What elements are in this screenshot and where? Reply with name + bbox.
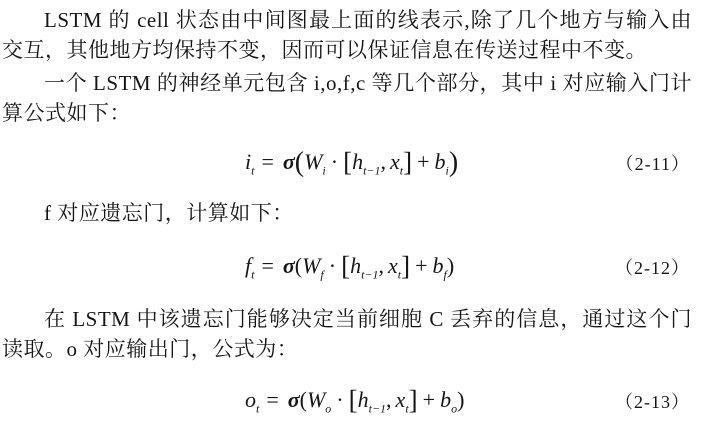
math-sigma: σ [281,253,295,278]
equation-number-2-11: （2-11） [616,150,690,176]
paragraph-lstm-cell-state: LSTM 的 cell 状态由中间图最上面的线表示,除了几个地方与输入由交互，其… [2,5,692,65]
math-var: x [388,253,398,278]
math-var: W [304,149,322,174]
equation-output-gate: ot=σ(Wo·[ht−1,xt]+bo) [245,385,464,416]
math-comma: , [379,253,389,278]
math-paren-open: ( [300,387,307,412]
math-bracket-open: [ [343,147,352,177]
math-comma: , [381,149,391,174]
document-page: LSTM 的 cell 状态由中间图最上面的线表示,除了几个地方与输入由交互，其… [0,0,704,424]
math-var: W [307,387,325,412]
equation-number-2-13: （2-13） [615,388,690,414]
math-var: b [435,149,446,174]
math-var: b [440,387,451,412]
math-var: h [358,387,369,412]
math-var: x [396,387,406,412]
paragraph-lstm-unit-parts: 一个 LSTM 的神经单元包含 i,o,f,c 等几个部分，其中 i 对应输入门… [2,68,692,128]
math-comma: , [386,387,396,412]
paragraph-forget-gate-intro: f 对应遗忘门，计算如下： [2,198,692,228]
math-paren-close: ) [447,253,454,278]
math-sigma: σ [281,149,295,174]
math-sub: t−1 [361,268,378,282]
math-dot-operator: · [324,253,341,278]
paragraph-output-gate-intro: 在 LSTM 中该遗忘门能够决定当前细胞 C 丢弃的信息，通过这个门读取。o 对… [2,304,692,364]
math-sigma: σ [286,387,300,412]
math-paren-close: ) [449,147,458,178]
equation-row-output-gate: ot=σ(Wo·[ht−1,xt]+bo) （2-13） [2,382,692,420]
math-paren-open: ( [295,147,304,178]
math-plus: + [418,387,440,412]
math-dot-operator: · [331,387,348,412]
math-bracket-open: [ [349,385,358,415]
math-var: W [302,253,320,278]
math-paren-close: ) [457,387,464,412]
math-equals: = [254,253,280,278]
equation-row-input-gate: it=σ(Wi·[ht−1,xt]+bi) （2-11） [2,144,692,182]
math-dot-operator: · [326,149,343,174]
math-var: h [350,253,361,278]
math-bracket-close: ] [403,147,412,177]
math-var: b [433,253,444,278]
equation-forget-gate: ft=σ(Wf·[ht−1,xt]+bf) [245,251,454,282]
math-sub: t−1 [363,163,380,177]
math-bracket-open: [ [341,251,350,281]
math-plus: + [410,253,432,278]
math-plus: + [412,149,434,174]
math-sub: t−1 [369,402,386,416]
math-equals: = [254,149,280,174]
equation-number-2-12: （2-12） [615,254,690,280]
equation-row-forget-gate: ft=σ(Wf·[ht−1,xt]+bf) （2-12） [2,248,692,286]
equation-input-gate: it=σ(Wi·[ht−1,xt]+bi) [245,147,458,179]
math-var: o [245,387,256,412]
math-equals: = [259,387,285,412]
math-var: x [390,149,400,174]
math-bracket-close: ] [401,251,410,281]
math-bracket-close: ] [409,385,418,415]
math-var: h [352,149,363,174]
math-paren-open: ( [295,253,302,278]
